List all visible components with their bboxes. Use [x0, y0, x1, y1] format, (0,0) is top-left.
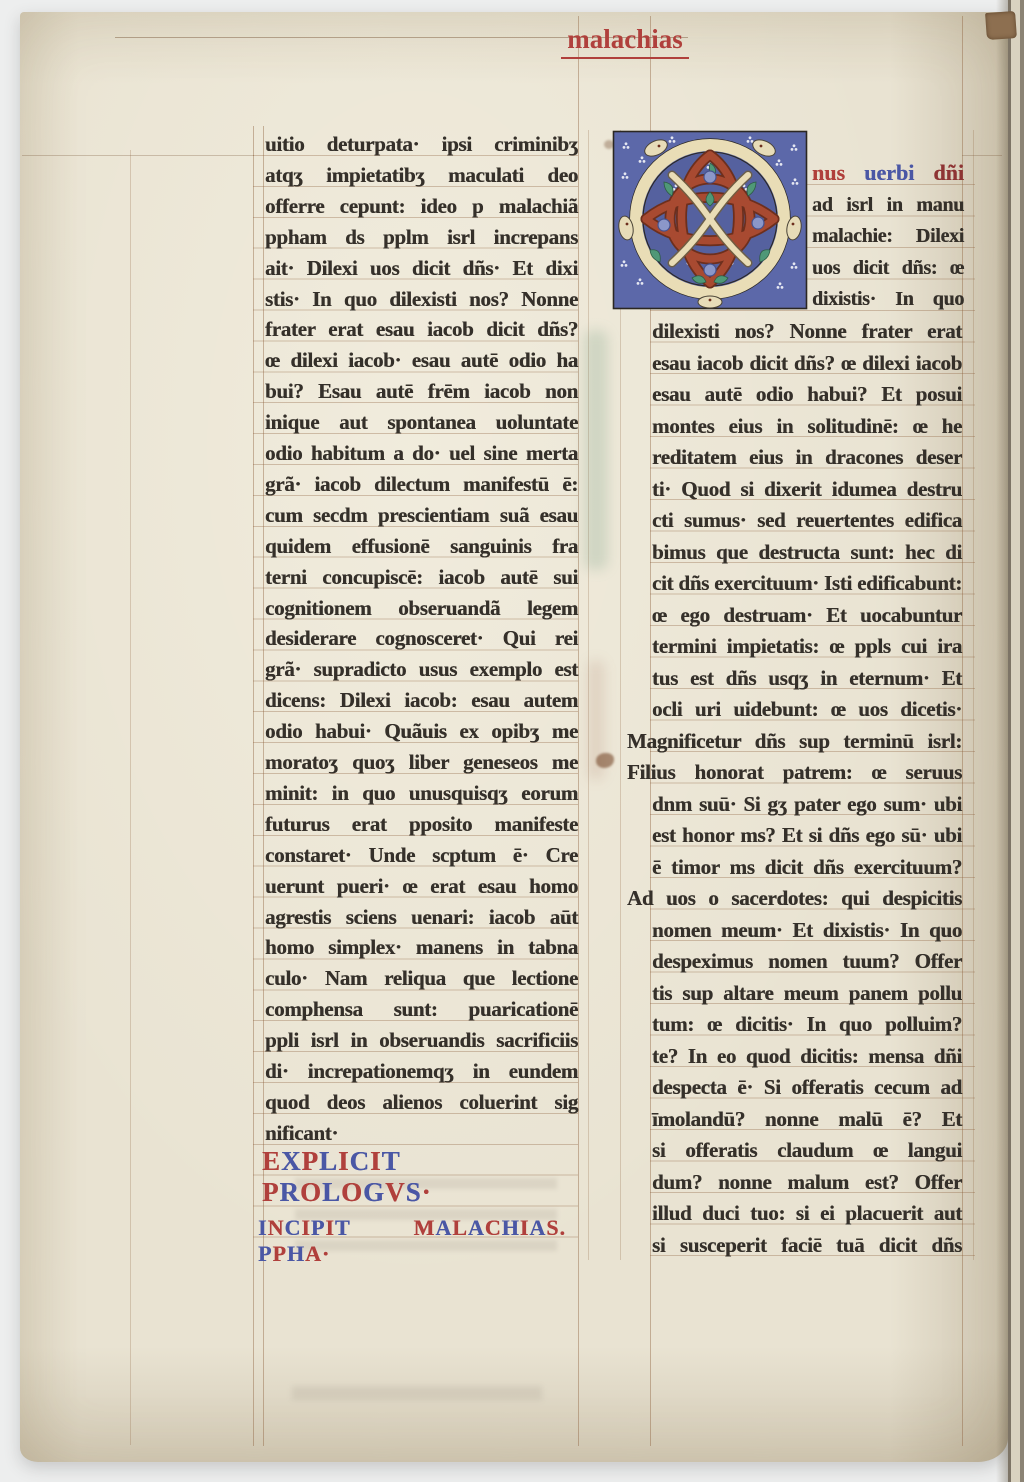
manuscript-line-left: desiderare cognosceret· Qui rei — [265, 625, 578, 652]
manuscript-line-left: ppham ds pplm isrl increpans — [265, 224, 578, 251]
opening-word: uerbi — [864, 160, 933, 185]
manuscript-line-left: culo· Nam reliqua que lectione — [265, 965, 578, 992]
rubric-letter: X — [281, 1146, 302, 1176]
manuscript-line-left: grã· supradicto usus exemplo est — [265, 656, 578, 683]
rubric-letter — [350, 1215, 413, 1240]
rubric-letter: P — [272, 1241, 286, 1266]
running-header-title: malachias — [560, 24, 690, 55]
manuscript-line-left: frater erat esau iacob dicit dñs? — [265, 316, 578, 343]
rubric-letter: P — [258, 1241, 272, 1266]
rubric-letter: H — [502, 1215, 520, 1240]
manuscript-line-right: Filius honorat patrem: œ seruus — [627, 759, 962, 786]
manuscript-photo: malachias O — [0, 0, 1024, 1482]
manuscript-line-left: inique aut spontanea uoluntate — [265, 409, 578, 436]
next-leaf-edge — [1011, 0, 1020, 1482]
rubric-letter: · — [322, 1241, 330, 1266]
manuscript-line-right: ē timor ms dicit dñs exercituum? — [652, 854, 962, 881]
incipit-opening-words: nus uerbi dñi — [812, 160, 964, 186]
rubric-letter: · — [422, 1177, 432, 1207]
manuscript-line-right: dilexisti nos? Nonne frater erat — [652, 318, 962, 345]
manuscript-line-left: ait· Dilexi uos dicit dñs· Et dixi — [265, 255, 578, 282]
manuscript-line-left: bui? Esau autē frēm iacob non — [265, 378, 578, 405]
manuscript-line-right: dnm suū· Si gʒ pater ego sum· ubi — [652, 791, 962, 818]
manuscript-line-right: ocli uri uidebunt: œ uos dicetis· — [652, 696, 962, 723]
rubric-letter: T — [382, 1146, 401, 1176]
opening-word: dñi — [933, 160, 964, 185]
manuscript-line-right: tus est dñs usqʒ in eternum· Et — [652, 665, 962, 692]
manuscript-line-right: nomen meum· Et dixistis· In quo — [652, 917, 962, 944]
manuscript-line-right-narrow: ad isrl in manu — [812, 192, 964, 219]
rubric-letter: S — [546, 1215, 559, 1240]
manuscript-line-left: quidem effusionē sanguinis fra — [265, 533, 578, 560]
manuscript-line-right: bimus que destructa sunt: hec di — [652, 539, 962, 566]
manuscript-line-right-narrow: uos dicit dñs: œ — [812, 255, 964, 282]
manuscript-line-right: despecta ē· Si offeratis cecum ad — [652, 1074, 962, 1101]
manuscript-line-right: esau autē odio habui? Et posui — [652, 381, 962, 408]
margin-rule-left — [22, 155, 254, 156]
manuscript-line-left: constaret· Unde scptum ē· Cre — [265, 842, 578, 869]
manuscript-line-left: odio habitum a do· uel sine merta — [265, 440, 578, 467]
manuscript-line-right: illud duci tuo: si ei placuerit aut — [652, 1200, 962, 1227]
manuscript-line-left: futurus erat pposito manifeste — [265, 811, 578, 838]
manuscript-line-right: si susceperit faciē tuā dicit dñs — [652, 1232, 962, 1259]
rubric-letter: T — [335, 1215, 350, 1240]
rubric-letter: S — [406, 1177, 422, 1207]
rubric-letter: I — [301, 1215, 311, 1240]
manuscript-line-left: terni concupiscē: iacob autē sui — [265, 564, 578, 591]
manuscript-line-left: agrestis sciens uenari: iacob aūt — [265, 904, 578, 931]
manuscript-line-right: īmolandū? nonne malū ē? Et — [652, 1106, 962, 1133]
manuscript-line-left: grã· iacob dilectum manifestū ē: — [265, 471, 578, 498]
manuscript-line-left: homo simplex· manens in tabna — [265, 934, 578, 961]
rubric-letter: P — [302, 1146, 320, 1176]
rubric-letter: . — [560, 1215, 567, 1240]
rubric-letter: A — [468, 1215, 485, 1240]
illuminated-initial-O: O — [612, 130, 808, 310]
manuscript-line-right: est honor ms? Et si dñs ego sū· ubi — [652, 822, 962, 849]
manuscript-line-right-narrow: malachie: Dilexi — [812, 223, 964, 250]
page-edge-crease — [996, 0, 1008, 1482]
rubric-letter: M — [414, 1215, 436, 1240]
manuscript-line-right: montes eius in solitudinē: œ he — [652, 413, 962, 440]
rubric-letter: I — [338, 1146, 350, 1176]
rubric-letter: I — [520, 1215, 530, 1240]
rubric-letter: H — [287, 1241, 305, 1266]
rubric-letter: A — [529, 1215, 546, 1240]
manuscript-line-right: œ ego destruam· Et uocabuntur — [652, 602, 962, 629]
rubric-letter: C — [485, 1215, 502, 1240]
rubric-letter: L — [319, 1146, 338, 1176]
manuscript-line-right: termini impietatis: œ ppls cui ira — [652, 633, 962, 660]
next-leaf-shadow — [1020, 0, 1024, 1482]
manuscript-line-right: te? In eo quod dicitis: mensa dñi — [652, 1043, 962, 1070]
manuscript-line-left: stis· In quo dilexisti nos? Nonne — [265, 286, 578, 313]
manuscript-line-left: odio habui· Quãuis ex opibʒ me — [265, 718, 578, 745]
opening-word: nus — [812, 160, 864, 185]
rubric-letter: C — [284, 1215, 301, 1240]
manuscript-line-right: ti· Quod si dixerit idumea destru — [652, 476, 962, 503]
rubric-letter: P — [311, 1215, 325, 1240]
manuscript-line-right: esau iacob dicit dñs? œ dilexi iacob — [652, 350, 962, 377]
manuscript-line-left: œ dilexi iacob· esau autē odio ha — [265, 347, 578, 374]
manuscript-line-right: tis sup altare meum panem pollu — [652, 980, 962, 1007]
manuscript-line-left: ppli isrl in obseruandis sacrificiis — [265, 1027, 578, 1054]
manuscript-line-left: minit: in quo unusquisqʒ eorum — [265, 780, 578, 807]
rubric-letter: O — [341, 1177, 363, 1207]
manuscript-line-right: Magnificetur dñs sup terminū isrl: — [627, 728, 962, 755]
manuscript-line-right: cit dñs exercituum· Isti edificabunt: — [652, 570, 962, 597]
manuscript-line-right: tum: œ dicitis· In quo polluim? — [652, 1011, 962, 1038]
rubric-letter: G — [363, 1177, 385, 1207]
manuscript-line-right: Ad uos o sacerdotes: qui despicitis — [627, 885, 962, 912]
rubric-line: INCIPIT MALACHIAS. PPHA· — [258, 1215, 566, 1267]
gutter-vrule-a — [578, 16, 579, 1446]
manuscript-line-left: uerunt pueri· œ erat esau homo — [265, 873, 578, 900]
rubric-letter: I — [258, 1215, 268, 1240]
manuscript-line-right: despeximus nomen tuum? Offer — [652, 948, 962, 975]
rubric-letter: I — [370, 1146, 382, 1176]
manuscript-line-left: quod deos alienos coluerint sig — [265, 1089, 578, 1116]
manuscript-line-left: dicens: Dilexi iacob: esau autem — [265, 687, 578, 714]
manuscript-line-left: di· increpationemqʒ in eundem — [265, 1058, 578, 1085]
rubric-letter: V — [385, 1177, 406, 1207]
rubric-letter: L — [322, 1177, 341, 1207]
manuscript-line-left: atqʒ impietatibʒ maculati deo — [265, 162, 578, 189]
manuscript-line-right: dum? nonne malum est? Offer — [652, 1169, 962, 1196]
manuscript-line-left: uitio deturpata· ipsi criminibʒ — [265, 131, 578, 158]
rubric-letter: R — [280, 1177, 301, 1207]
rubric-line: EXPLICIT PROLOGVS· — [262, 1146, 574, 1208]
manuscript-line-left: cognitionem obseruandã legem — [265, 595, 578, 622]
manuscript-line-right: reditatem eius in dracones deser — [652, 444, 962, 471]
manuscript-line-left: cum secdm prescientiam suã esau — [265, 502, 578, 529]
rubric-letter: N — [268, 1215, 285, 1240]
gutter-vrule-b — [588, 130, 589, 1260]
rubric-letter: O — [300, 1177, 322, 1207]
rubric-letter: E — [262, 1146, 281, 1176]
manuscript-line-right: cti sumus· sed reuertentes edifica — [652, 507, 962, 534]
rubric-letter: L — [452, 1215, 468, 1240]
running-header-underline — [561, 57, 689, 59]
manuscript-line-left: offerre cepunt: ideo p malachiã — [265, 193, 578, 220]
rubric-letter: A — [305, 1241, 322, 1266]
margin-vrule — [130, 150, 131, 1445]
margin-rule-right — [962, 155, 1002, 156]
manuscript-line-left: moratoʒ quoʒ liber geneseos me — [265, 749, 578, 776]
rubric-letter: P — [262, 1177, 280, 1207]
manuscript-line-left: nificant· — [265, 1120, 578, 1147]
rubric-letter: A — [435, 1215, 452, 1240]
manuscript-line-left: comphensa sunt: puaricationē — [265, 996, 578, 1023]
initial-O-artwork — [612, 130, 808, 310]
manuscript-line-right-narrow: dixistis· In quo — [812, 286, 964, 313]
manuscript-line-right: si offeratis claudum œ langui — [652, 1137, 962, 1164]
rubric-letter: I — [325, 1215, 335, 1240]
rubric-letter: C — [350, 1146, 371, 1176]
